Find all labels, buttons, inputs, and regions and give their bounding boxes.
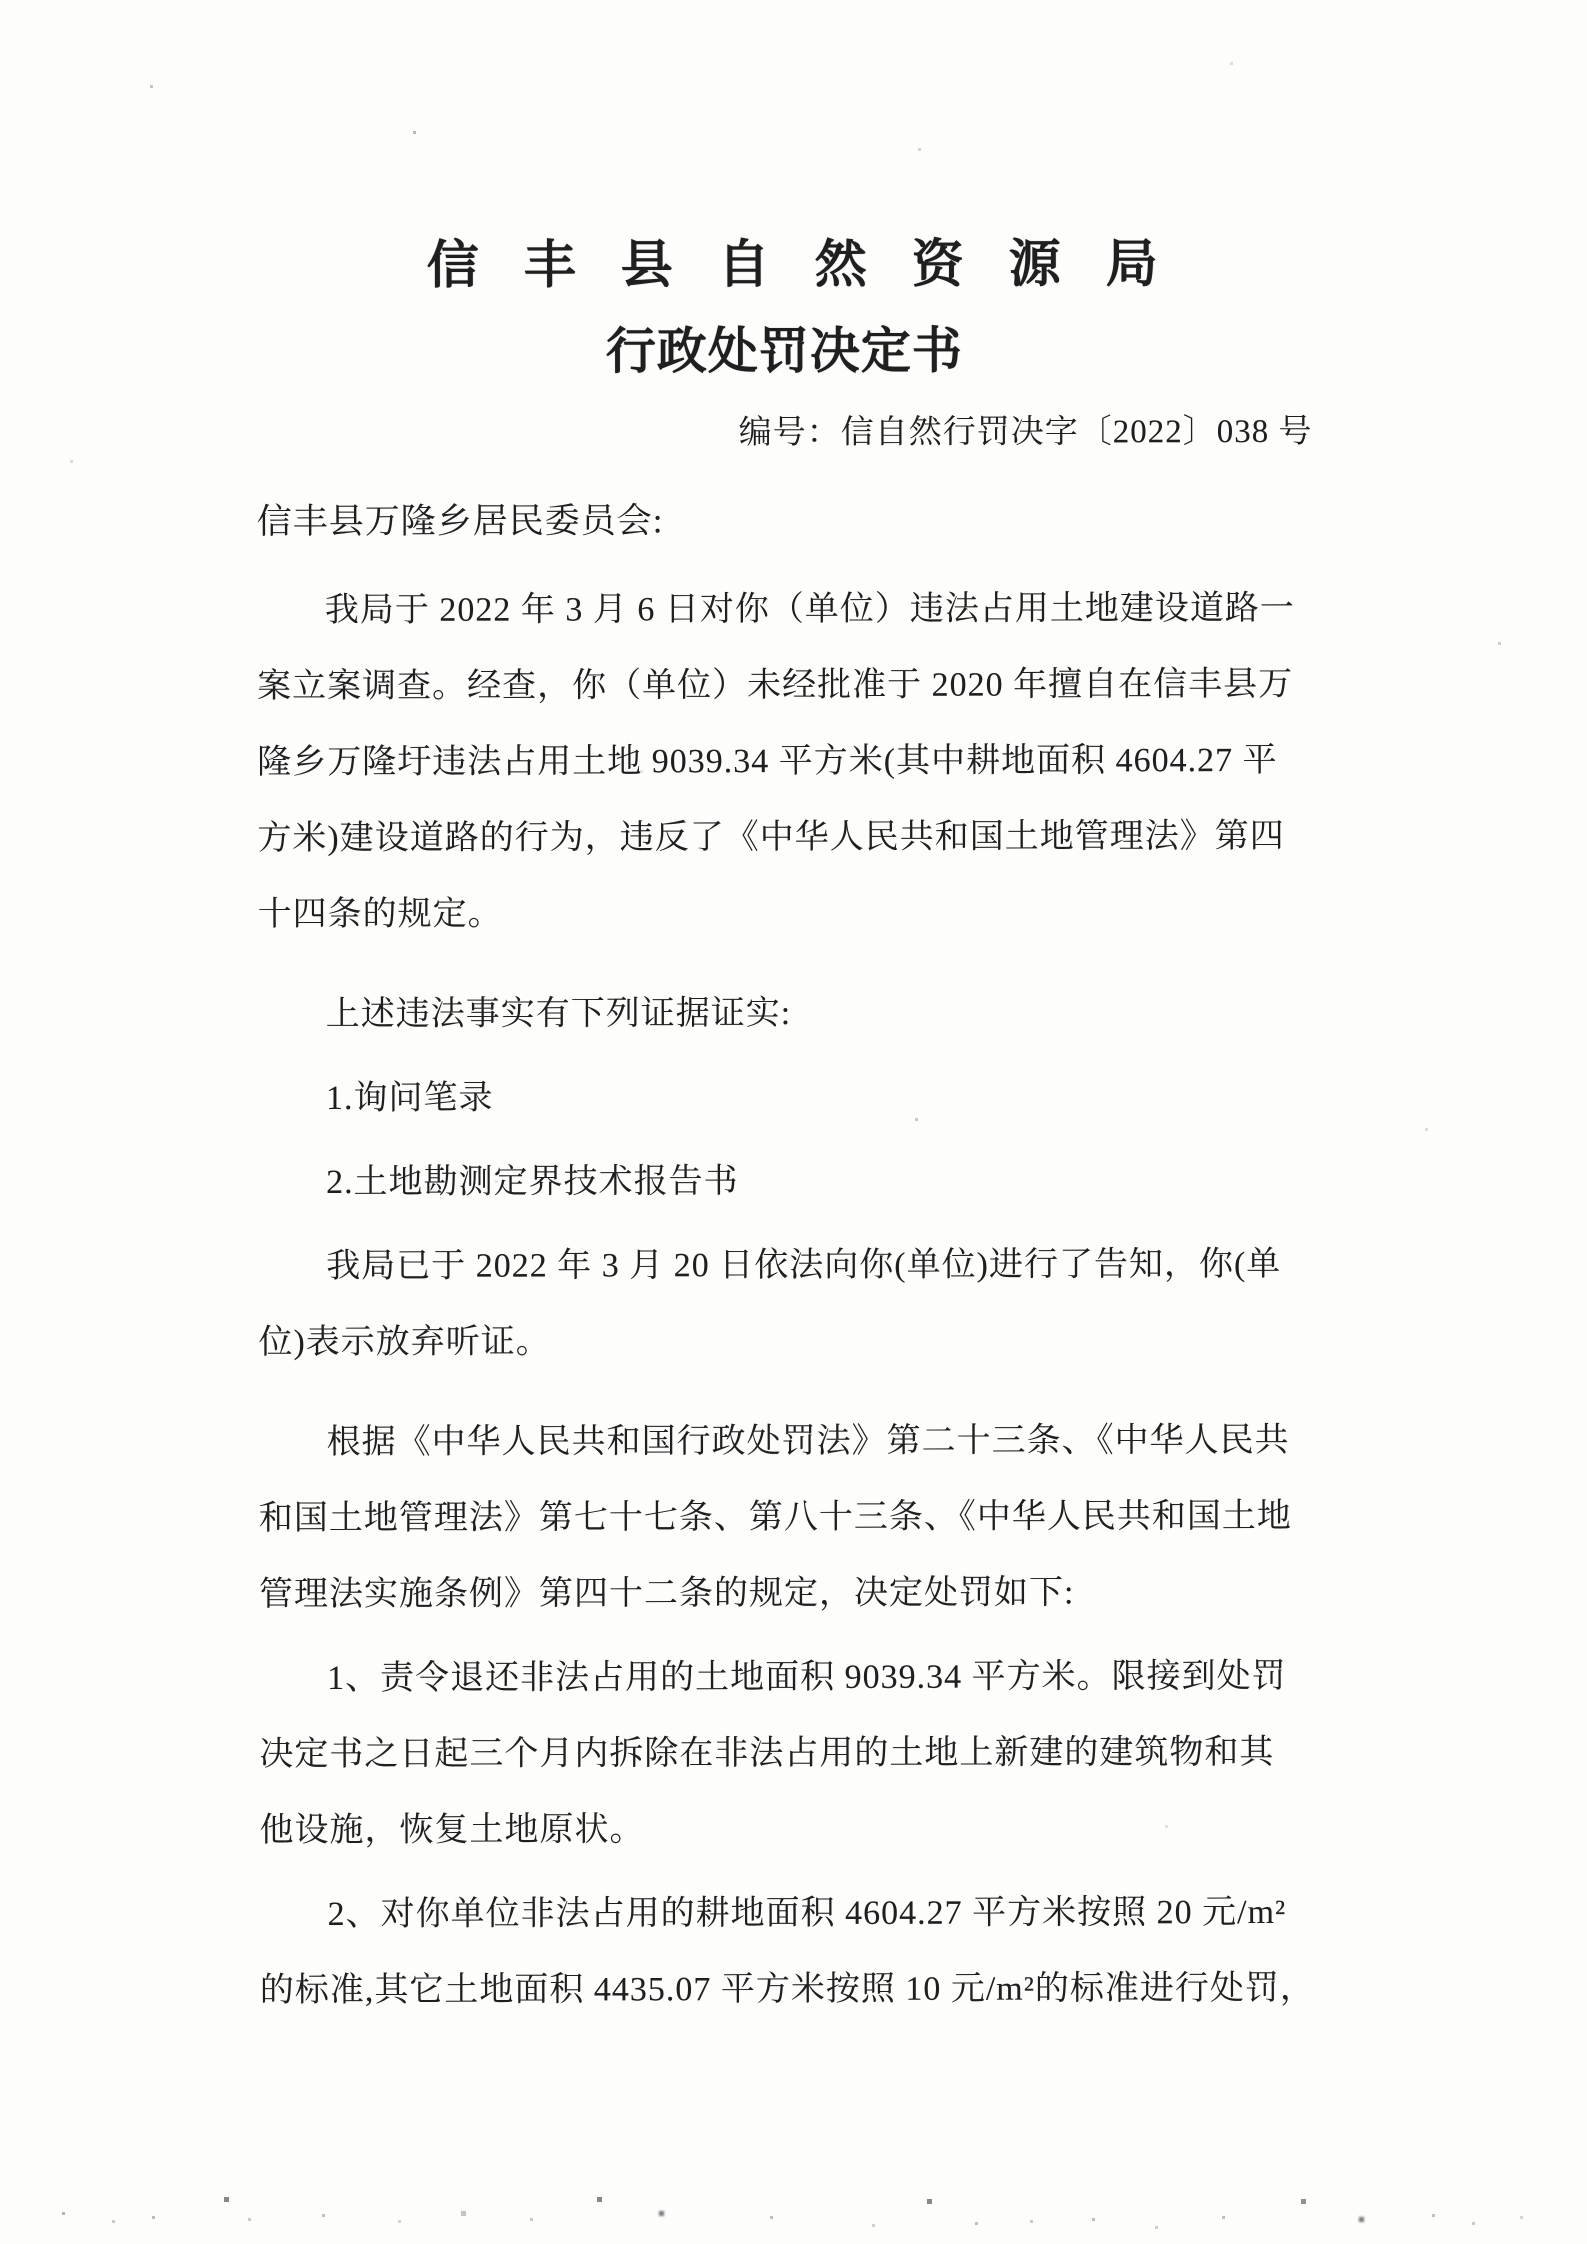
scan-noise-bottom-edge [0,0,3,3]
text-line: 位)表示放弃听证。 [258,1303,1314,1381]
text-line: 和国土地管理法》第七十七条、第八十三条、《中华人民共和国土地 [259,1479,1315,1557]
text-line: 管理法实施条例》第四十二条的规定，决定处罚如下: [259,1555,1315,1633]
text-line: 我局于 2022 年 3 月 6 日对你（单位）违法占用土地建设道路一 [257,571,1313,649]
issuing-authority-title: 信 丰 县 自 然 资 源 局 [256,235,1312,297]
paragraph-hearing-notice: 我局已于 2022 年 3 月 20 日依法向你(单位)进行了告知，你(单 位)… [258,1227,1314,1381]
text-line: 根据《中华人民共和国行政处罚法》第二十三条、《中华人民共 [259,1403,1315,1481]
text-line: 我局已于 2022 年 3 月 20 日依法向你(单位)进行了告知，你(单 [258,1227,1314,1305]
text-line: 2、对你单位非法占用的耕地面积 4604.27 平方米按照 20 元/m² [260,1875,1316,1953]
document-type-title: 行政处罚决定书 [256,321,1312,381]
paragraph-evidence-intro: 上述违法事实有下列证据证实: [258,975,1314,1053]
text-line: 上述违法事实有下列证据证实: [258,975,1314,1053]
text-line: 决定书之日起三个月内拆除在非法占用的土地上新建的建筑物和其 [259,1715,1315,1793]
text-line: 隆乡万隆圩违法占用土地 9039.34 平方米(其中耕地面积 4604.27 平 [257,723,1313,801]
text-line: 1.询问笔录 [258,1059,1314,1137]
evidence-item-1: 1.询问笔录 [258,1059,1314,1137]
evidence-item-2: 2.土地勘测定界技术报告书 [258,1143,1314,1221]
scanned-document-page: 信 丰 县 自 然 资 源 局 行政处罚决定书 编号：信自然行罚决字〔2022〕… [0,0,1587,2244]
text-line: 的标准,其它土地面积 4435.07 平方米按照 10 元/m²的标准进行处罚， [260,1951,1316,2029]
text-line: 2.土地勘测定界技术报告书 [258,1143,1314,1221]
document-sheet: 信 丰 县 自 然 资 源 局 行政处罚决定书 编号：信自然行罚决字〔2022〕… [0,234,1587,2029]
document-content: 信 丰 县 自 然 资 源 局 行政处罚决定书 编号：信自然行罚决字〔2022〕… [256,235,1316,2029]
paragraph-case-facts: 我局于 2022 年 3 月 6 日对你（单位）违法占用土地建设道路一 案立案调… [257,571,1314,953]
paragraph-legal-basis: 根据《中华人民共和国行政处罚法》第二十三条、《中华人民共 和国土地管理法》第七十… [259,1403,1315,1633]
text-line: 1、责令退还非法占用的土地面积 9039.34 平方米。限接到处罚 [259,1639,1315,1717]
text-line: 方米)建设道路的行为，违反了《中华人民共和国土地管理法》第四 [257,799,1313,877]
penalty-decision-item-2: 2、对你单位非法占用的耕地面积 4604.27 平方米按照 20 元/m² 的标… [260,1875,1316,2029]
penalty-decision-item-1: 1、责令退还非法占用的土地面积 9039.34 平方米。限接到处罚 决定书之日起… [259,1639,1315,1869]
document-number: 编号：信自然行罚决字〔2022〕038 号 [256,409,1312,457]
text-line: 案立案调查。经查，你（单位）未经批准于 2020 年擅自在信丰县万 [257,647,1313,725]
text-line: 十四条的规定。 [257,875,1313,953]
text-line: 他设施，恢复土地原状。 [259,1791,1315,1869]
addressee-line: 信丰县万隆乡居民委员会: [257,495,1313,547]
